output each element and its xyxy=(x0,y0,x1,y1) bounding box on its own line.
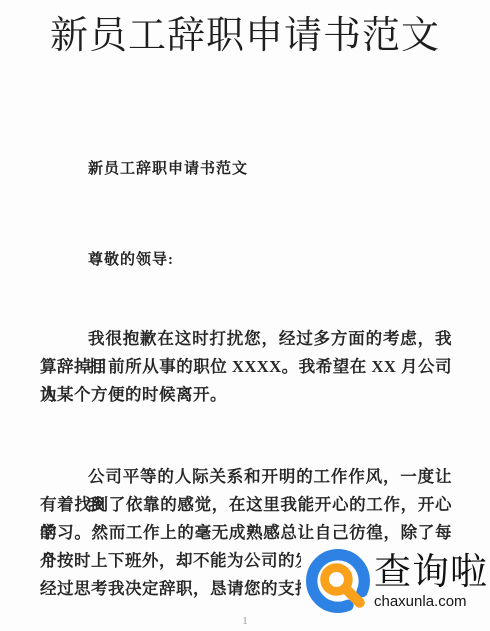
salutation-line: 尊敬的领导: xyxy=(88,248,174,269)
paragraph-line: 我很抱歉在这时打扰您，经过多方面的考虑，我打 xyxy=(40,325,452,353)
paragraph-line: 学习。然而工作上的毫无成熟感总让自己彷徨，除了每个 xyxy=(40,519,452,547)
body-paragraph-1: 我很抱歉在这时打扰您，经过多方面的考虑，我打算辞掉目前所从事的职位 XXXX。我… xyxy=(40,325,452,409)
paragraph-line: 算辞掉目前所从事的职位 XXXX。我希望在 XX 月公司认 xyxy=(40,353,452,381)
magnifier-logo-icon xyxy=(305,548,371,614)
paragraph-line: 有着找到了依靠的感觉，在这里我能开心的工作，开心的 xyxy=(40,491,452,519)
document-subtitle: 新员工辞职申请书范文 xyxy=(88,157,248,178)
watermark-text: 查询啦 chaxunla.com xyxy=(374,553,490,610)
watermark: 查询啦 chaxunla.com xyxy=(301,547,490,615)
document-title: 新员工辞职申请书范文 xyxy=(0,14,490,58)
paragraph-line: 公司平等的人际关系和开明的工作作风，一度让我 xyxy=(40,463,452,491)
paragraph-line: 为某个方便的时候离开。 xyxy=(40,381,452,409)
watermark-domain-url: chaxunla.com xyxy=(374,594,488,610)
document-page: 新员工辞职申请书范文 新员工辞职申请书范文 尊敬的领导: 我很抱歉在这时打扰您，… xyxy=(0,0,490,631)
watermark-brand-name: 查询啦 xyxy=(374,553,488,593)
page-number: 1 xyxy=(0,615,490,627)
